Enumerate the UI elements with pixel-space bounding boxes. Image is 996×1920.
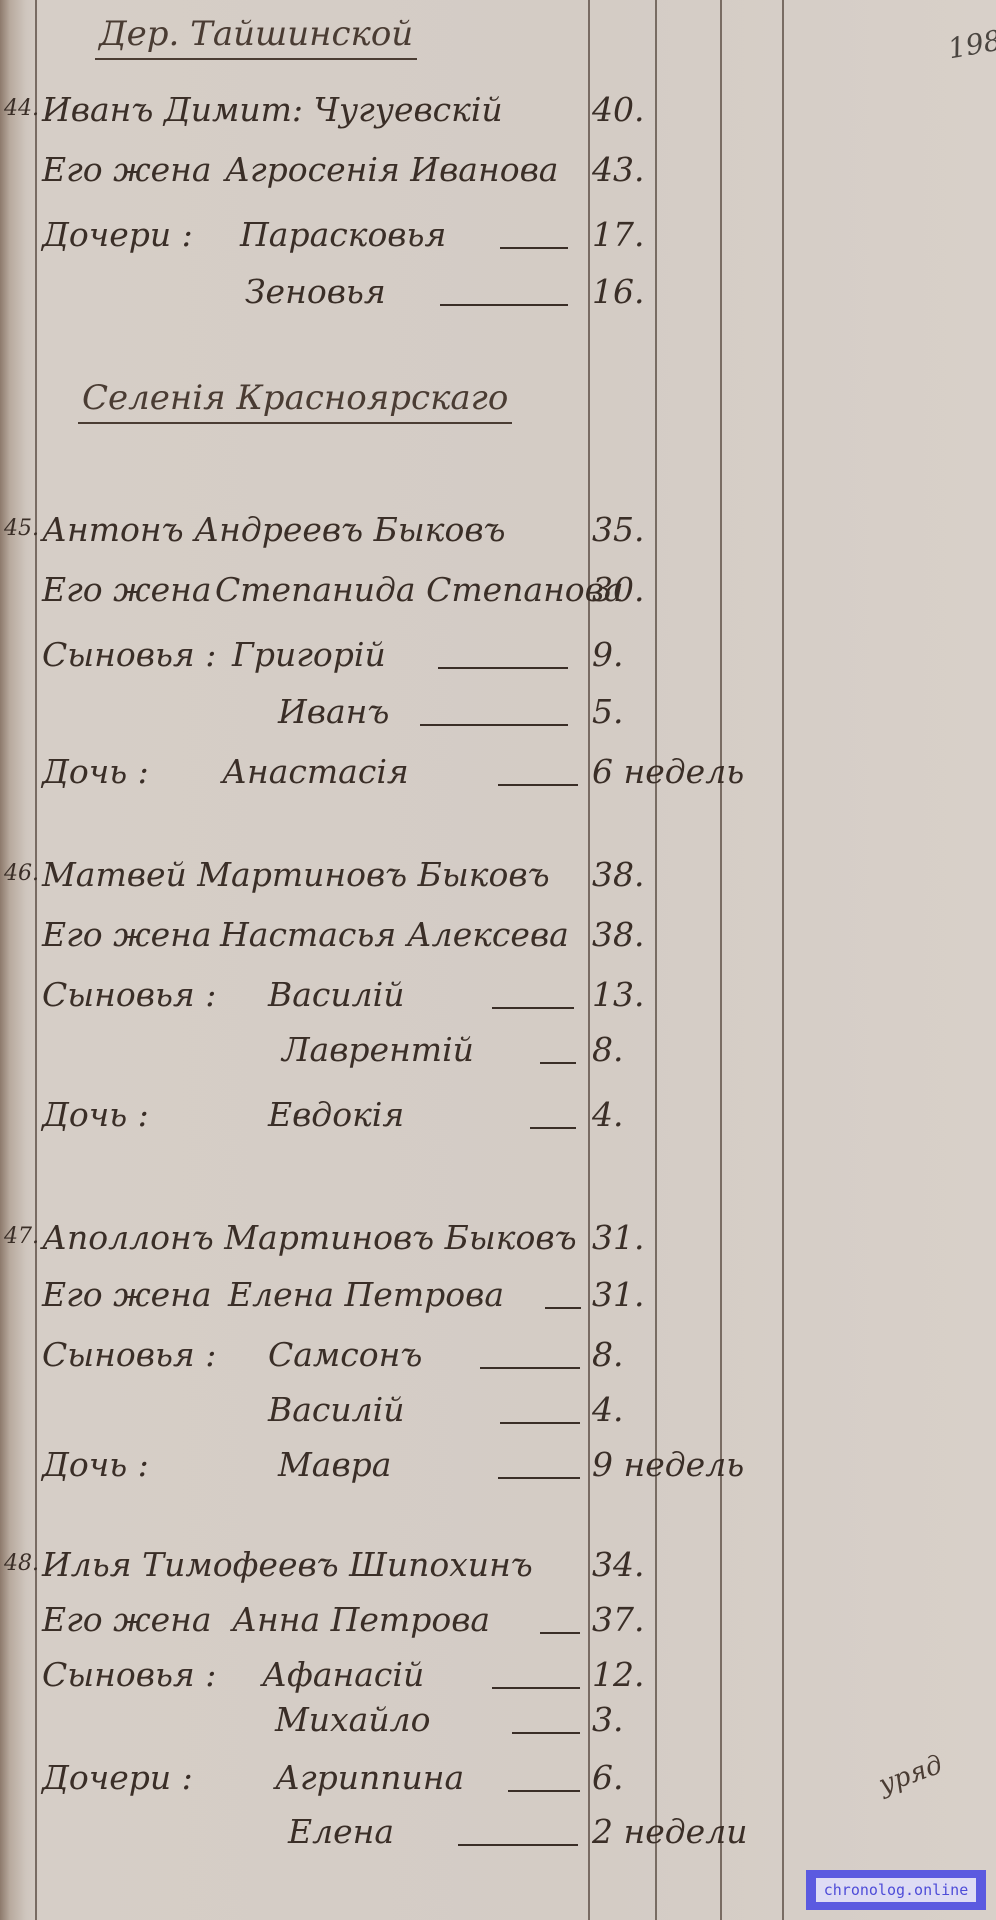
person-age: 17. bbox=[592, 215, 644, 254]
watermark-text: chronolog.online bbox=[816, 1878, 977, 1902]
person-name: Иванъ Димит: Чугуевскій bbox=[42, 90, 503, 129]
person-age: 2 недели bbox=[592, 1812, 747, 1851]
dash-line bbox=[508, 1790, 580, 1792]
person-age: 9. bbox=[592, 635, 624, 674]
household-number: 46. bbox=[4, 861, 39, 886]
entry-row: 44. Иванъ Димит: Чугуевскій 40. bbox=[0, 90, 760, 146]
entry-row: Его жена Настасья Алексева 38. bbox=[0, 915, 760, 971]
dash-line bbox=[492, 1007, 574, 1009]
entry-row: 45. Антонъ Андреевъ Быковъ 35. bbox=[0, 510, 760, 566]
person-name: Афанасій bbox=[262, 1655, 424, 1694]
household-number: 48. bbox=[4, 1551, 39, 1576]
entry-row: Сыновья : Григорій 9. bbox=[0, 635, 760, 691]
relation-label: Сыновья : bbox=[42, 1655, 216, 1694]
person-age: 16. bbox=[592, 272, 644, 311]
person-name: Василій bbox=[268, 1390, 404, 1429]
relation-label: Его жена bbox=[42, 150, 212, 189]
relation-label: Дочь : bbox=[42, 752, 149, 791]
person-name: Анна Петрова bbox=[232, 1600, 490, 1639]
relation-label: Сыновья : bbox=[42, 635, 216, 674]
person-age: 35. bbox=[592, 510, 644, 549]
person-age: 5. bbox=[592, 692, 624, 731]
person-name: Илья Тимофеевъ Шипохинъ bbox=[42, 1545, 533, 1584]
person-name: Антонъ Андреевъ Быковъ bbox=[42, 510, 506, 549]
person-age: 34. bbox=[592, 1545, 644, 1584]
person-age: 3. bbox=[592, 1700, 624, 1739]
entry-row: Сыновья : Самсонъ 8. bbox=[0, 1335, 760, 1391]
entry-row: Дочь : Евдокія 4. bbox=[0, 1095, 760, 1151]
margin-note: уряд bbox=[875, 1750, 947, 1801]
household-number: 45. bbox=[4, 516, 39, 541]
person-name: Самсонъ bbox=[268, 1335, 422, 1374]
relation-label: Дочери : bbox=[42, 1758, 193, 1797]
dash-line bbox=[540, 1062, 576, 1064]
person-name: Елена bbox=[288, 1812, 394, 1851]
section-heading: Дер. Тайшинской bbox=[95, 14, 417, 60]
watermark-badge: chronolog.online bbox=[806, 1870, 986, 1910]
person-name: Анастасія bbox=[222, 752, 409, 791]
person-name: Василій bbox=[268, 975, 404, 1014]
dash-line bbox=[420, 724, 568, 726]
entry-row: Василій 4. bbox=[0, 1390, 760, 1446]
person-age: 8. bbox=[592, 1335, 624, 1374]
person-name: Зеновья bbox=[245, 272, 386, 311]
person-age: 43. bbox=[592, 150, 644, 189]
person-age: 9 недель bbox=[592, 1445, 744, 1484]
person-name: Елена Петрова bbox=[228, 1275, 504, 1314]
entry-row: Михайло 3. bbox=[0, 1700, 760, 1756]
person-age: 30. bbox=[592, 570, 644, 609]
entry-row: Дочери : Парасковья 17. bbox=[0, 215, 760, 271]
entry-row: 48. Илья Тимофеевъ Шипохинъ 34. bbox=[0, 1545, 760, 1601]
relation-label: Его жена bbox=[42, 1600, 212, 1639]
person-name: Мавра bbox=[278, 1445, 391, 1484]
dash-line bbox=[545, 1307, 581, 1309]
dash-line bbox=[492, 1687, 580, 1689]
person-name: Настасья Алексева bbox=[220, 915, 569, 954]
entry-row: Его жена Агросенія Иванова 43. bbox=[0, 150, 760, 206]
entry-row: Лаврентій 8. bbox=[0, 1030, 760, 1086]
dash-line bbox=[440, 304, 568, 306]
entry-row: Сыновья : Василій 13. bbox=[0, 975, 760, 1031]
entry-row: 47. Аполлонъ Мартиновъ Быковъ 31. bbox=[0, 1218, 760, 1274]
entry-row: Его жена Анна Петрова 37. bbox=[0, 1600, 760, 1656]
person-age: 38. bbox=[592, 855, 644, 894]
person-name: Степанида Степанова bbox=[215, 570, 624, 609]
relation-label: Дочь : bbox=[42, 1095, 149, 1134]
entry-row: Елена 2 недели bbox=[0, 1812, 760, 1868]
entry-row: 46. Матвей Мартиновъ Быковъ 38. bbox=[0, 855, 760, 911]
section-heading: Селенія Красноярскаго bbox=[78, 378, 512, 424]
relation-label: Дочь : bbox=[42, 1445, 149, 1484]
person-name: Михайло bbox=[275, 1700, 430, 1739]
entry-row: Дочь : Анастасія 6 недель bbox=[0, 752, 760, 808]
entry-row: Зеновья 16. bbox=[0, 272, 760, 328]
person-name: Григорій bbox=[232, 635, 386, 674]
dash-line bbox=[480, 1367, 580, 1369]
entry-row: Иванъ 5. bbox=[0, 692, 760, 748]
person-name: Иванъ bbox=[278, 692, 389, 731]
dash-line bbox=[498, 784, 578, 786]
relation-label: Его жена bbox=[42, 570, 212, 609]
column-rule-4 bbox=[782, 0, 784, 1920]
dash-line bbox=[500, 247, 568, 249]
relation-label: Дочери : bbox=[42, 215, 193, 254]
relation-label: Сыновья : bbox=[42, 1335, 216, 1374]
person-name: Аполлонъ Мартиновъ Быковъ bbox=[42, 1218, 577, 1257]
person-name: Евдокія bbox=[268, 1095, 404, 1134]
person-age: 37. bbox=[592, 1600, 644, 1639]
relation-label: Сыновья : bbox=[42, 975, 216, 1014]
person-name: Матвей Мартиновъ Быковъ bbox=[42, 855, 550, 894]
person-age: 4. bbox=[592, 1095, 624, 1134]
relation-label: Его жена bbox=[42, 1275, 212, 1314]
person-age: 6. bbox=[592, 1758, 624, 1797]
entry-row: Его жена Елена Петрова 31. bbox=[0, 1275, 760, 1331]
dash-line bbox=[438, 667, 568, 669]
dash-line bbox=[500, 1422, 580, 1424]
dash-line bbox=[498, 1477, 580, 1479]
dash-line bbox=[458, 1844, 578, 1846]
person-age: 8. bbox=[592, 1030, 624, 1069]
person-age: 40. bbox=[592, 90, 644, 129]
relation-label: Его жена bbox=[42, 915, 212, 954]
person-name: Агросенія Иванова bbox=[225, 150, 558, 189]
dash-line bbox=[512, 1732, 580, 1734]
person-age: 12. bbox=[592, 1655, 644, 1694]
folio-number: 198 bbox=[946, 24, 996, 66]
person-name: Лаврентій bbox=[282, 1030, 474, 1069]
person-age: 4. bbox=[592, 1390, 624, 1429]
census-page: 198 Дер. Тайшинской 44. Иванъ Димит: Чуг… bbox=[0, 0, 996, 1920]
person-age: 38. bbox=[592, 915, 644, 954]
entry-row: Дочери : Агриппина 6. bbox=[0, 1758, 760, 1814]
person-age: 13. bbox=[592, 975, 644, 1014]
household-number: 47. bbox=[4, 1224, 39, 1249]
entry-row: Его жена Степанида Степанова 30. bbox=[0, 570, 760, 626]
entry-row: Дочь : Мавра 9 недель bbox=[0, 1445, 760, 1501]
person-name: Парасковья bbox=[240, 215, 446, 254]
person-age: 31. bbox=[592, 1275, 644, 1314]
dash-line bbox=[530, 1127, 576, 1129]
person-age: 6 недель bbox=[592, 752, 744, 791]
dash-line bbox=[540, 1632, 580, 1634]
person-age: 31. bbox=[592, 1218, 644, 1257]
person-name: Агриппина bbox=[275, 1758, 464, 1797]
household-number: 44. bbox=[4, 96, 39, 121]
